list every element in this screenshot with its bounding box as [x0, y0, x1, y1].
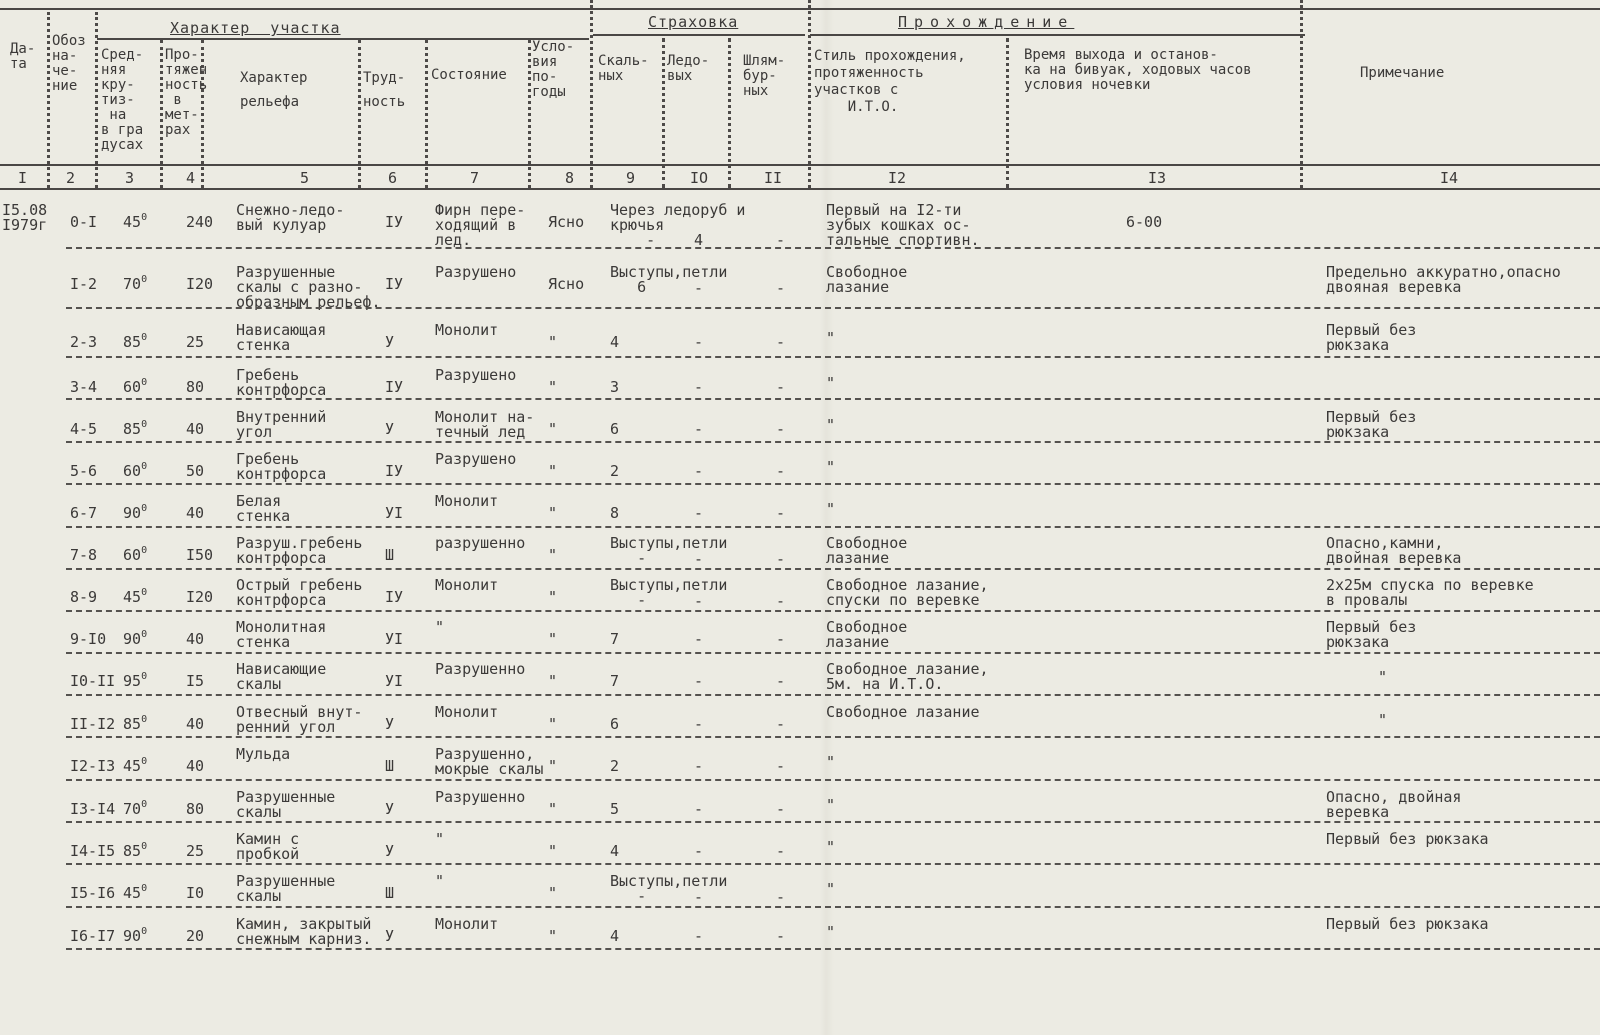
col-header-style: Стиль прохождения, протяженность участко…	[814, 48, 966, 116]
cell-rock: 4	[610, 844, 619, 859]
column-number-bottom-rule	[0, 188, 1600, 190]
cell-steep: 900	[123, 632, 147, 649]
cell-len: 50	[186, 464, 204, 479]
cell-diff: У	[385, 929, 394, 944]
cell-weather: "	[548, 590, 557, 605]
col-number: I3	[1148, 170, 1166, 186]
degree-symbol: 0	[141, 212, 147, 223]
cell-style: "	[826, 376, 835, 391]
cell-weather: "	[548, 674, 557, 689]
col-header-date: Да- та	[10, 42, 35, 72]
col-number: IO	[690, 170, 708, 186]
degree-symbol: 0	[141, 461, 147, 472]
cell-rock: Выступы,петли 6	[610, 265, 727, 295]
cell-ice: -	[694, 802, 703, 817]
row-divider	[66, 483, 1600, 485]
cell-seg: 9-I0	[70, 632, 106, 647]
cell-seg: I2-I3	[70, 759, 115, 774]
row-divider	[66, 948, 1600, 950]
cell-steep: 850	[123, 422, 147, 439]
cell-cond: Фирн пере- ходящий в лед.	[435, 203, 525, 248]
row-divider	[66, 441, 1600, 443]
cell-notes: Предельно аккуратно,опасно двояная верев…	[1326, 265, 1561, 295]
cell-seg: 4-5	[70, 422, 97, 437]
cell-notes: Первый без рюкзака	[1326, 832, 1489, 847]
cell-steep: 450	[123, 759, 147, 776]
cell-relief: Разрушенные скалы	[236, 790, 335, 820]
cell-bolt: -	[776, 233, 785, 248]
cell-cond: Разрушено	[435, 265, 516, 280]
cell-relief: Снежно-ледо- вый кулуар	[236, 203, 344, 233]
col-sep	[528, 40, 531, 188]
group-title-passage: Прохождение	[898, 14, 1074, 30]
cell-bolt: -	[776, 674, 785, 689]
cell-bolt: -	[776, 890, 785, 905]
cell-steep: 450	[123, 590, 147, 607]
cell-rock: 8	[610, 506, 619, 521]
cell-cond: Монолит	[435, 705, 498, 720]
cell-seg: I6-I7	[70, 929, 115, 944]
cell-diff: У	[385, 844, 394, 859]
col-sep	[590, 0, 593, 188]
cell-cond: Монолит	[435, 323, 498, 338]
cell-bolt: -	[776, 281, 785, 296]
col-number: 9	[626, 170, 635, 186]
cell-len: I50	[186, 548, 213, 563]
row-divider	[66, 779, 1600, 781]
row-divider	[66, 821, 1600, 823]
cell-diff: УI	[385, 506, 403, 521]
cell-rock: 7	[610, 632, 619, 647]
cell-rock: 3	[610, 380, 619, 395]
group-title-belay: Страховка	[648, 14, 738, 30]
cell-weather: "	[548, 464, 557, 479]
cell-diff: IУ	[385, 277, 403, 292]
cell-style: Свободное лазание	[826, 620, 907, 650]
cell-weather: "	[548, 802, 557, 817]
cell-weather: "	[548, 380, 557, 395]
col-header-difficulty: Труд- ность	[363, 66, 405, 114]
cell-weather: "	[548, 717, 557, 732]
cell-seg: 8-9	[70, 590, 97, 605]
cell-ice: -	[694, 552, 703, 567]
degree-symbol: 0	[141, 714, 147, 725]
col-sep	[1006, 38, 1009, 188]
degree-symbol: 0	[141, 883, 147, 894]
col-sep	[160, 40, 163, 188]
col-sep	[728, 38, 731, 188]
cell-diff: IУ	[385, 590, 403, 605]
cell-rock: 6	[610, 717, 619, 732]
degree-symbol: 0	[141, 926, 147, 937]
cell-weather: "	[548, 759, 557, 774]
cell-style: Свободное лазание, спуски по веревке	[826, 578, 989, 608]
degree-symbol: 0	[141, 841, 147, 852]
cell-relief: Камин с пробкой	[236, 832, 299, 862]
cell-ice: -	[694, 594, 703, 609]
cell-ice: -	[694, 281, 703, 296]
row-divider	[66, 526, 1600, 528]
cell-diff: УI	[385, 674, 403, 689]
cell-steep: 700	[123, 802, 147, 819]
cell-weather: "	[548, 929, 557, 944]
cell-seg: I-2	[70, 277, 97, 292]
cell-relief: Белая стенка	[236, 494, 290, 524]
degree-symbol: 0	[141, 799, 147, 810]
cell-diff: Ш	[385, 548, 394, 563]
col-number: I	[18, 170, 27, 186]
cell-ice: -	[694, 717, 703, 732]
cell-steep: 900	[123, 929, 147, 946]
cell-seg: II-I2	[70, 717, 115, 732]
cell-diff: Ш	[385, 759, 394, 774]
cell-style: "	[826, 798, 835, 813]
cell-bolt: -	[776, 717, 785, 732]
cell-cond: Разрушенно, мокрые скалы	[435, 747, 543, 777]
cell-diff: У	[385, 802, 394, 817]
cell-relief: Острый гребень контрфорса	[236, 578, 362, 608]
cell-bolt: -	[776, 929, 785, 944]
cell-notes: Первый без рюкзака	[1326, 917, 1489, 932]
row-divider	[66, 356, 1600, 358]
col-sep	[1300, 0, 1303, 188]
cell-diff: IУ	[385, 380, 403, 395]
cell-style: Свободное лазание	[826, 265, 907, 295]
cell-steep: 850	[123, 335, 147, 352]
cell-style: "	[826, 460, 835, 475]
cell-len: I20	[186, 590, 213, 605]
cell-diff: У	[385, 717, 394, 732]
cell-cond: Монолит	[435, 578, 498, 593]
col-number: 2	[66, 170, 75, 186]
cell-rock: 5	[610, 802, 619, 817]
cell-relief: Гребень контрфорса	[236, 452, 326, 482]
cell-ice: -	[694, 464, 703, 479]
cell-notes: Опасно,камни, двойная веревка	[1326, 536, 1461, 566]
degree-symbol: 0	[141, 545, 147, 556]
cell-cond: "	[435, 620, 444, 635]
cell-ice: -	[694, 335, 703, 350]
row-divider	[66, 906, 1600, 908]
cell-weather: Ясно	[548, 277, 584, 292]
cell-cond: Монолит на- течный лед	[435, 410, 534, 440]
cell-weather: "	[548, 422, 557, 437]
cell-cond: разрушенно	[435, 536, 525, 551]
cell-rock: 4	[610, 929, 619, 944]
col-header-ice: Ледо- вых	[667, 54, 709, 84]
cell-weather: "	[548, 632, 557, 647]
cell-relief: Разруш.гребень контрфорса	[236, 536, 362, 566]
col-number: I2	[888, 170, 906, 186]
cell-rock: Выступы,петли -	[610, 874, 727, 904]
cell-len: 80	[186, 802, 204, 817]
cell-diff: IУ	[385, 464, 403, 479]
row-divider	[66, 568, 1600, 570]
group-title-rule-passage	[810, 34, 1305, 36]
cell-seg: 2-3	[70, 335, 97, 350]
group-title-character: Характер участка	[170, 20, 341, 36]
col-header-steepness: Сред- няя кру- тиз- на в гра дусах	[101, 48, 143, 153]
degree-symbol: 0	[141, 503, 147, 514]
row-divider	[66, 694, 1600, 696]
col-header-condition: Состояние	[431, 68, 507, 83]
cell-steep: 600	[123, 380, 147, 397]
cell-rock: Выступы,петли -	[610, 578, 727, 608]
col-header-notes: Примечание	[1360, 66, 1444, 81]
col-sep	[662, 38, 665, 188]
col-header-bolt: Шлям- бур- ных	[743, 54, 785, 99]
cell-relief: Отвесный внут- ренний угол	[236, 705, 362, 735]
col-sep	[808, 0, 811, 188]
cell-steep: 700	[123, 277, 147, 294]
col-sep	[95, 12, 98, 188]
cell-cond: Разрушено	[435, 452, 516, 467]
cell-ice: -	[694, 890, 703, 905]
cell-seg: 7-8	[70, 548, 97, 563]
cell-relief: Внутренний угол	[236, 410, 326, 440]
cell-ice: -	[694, 929, 703, 944]
cell-bolt: -	[776, 380, 785, 395]
cell-weather: Ясно	[548, 215, 584, 230]
cell-ice: -	[694, 422, 703, 437]
route-description-table: Характер участка Страховка Прохождение Д…	[0, 0, 1600, 1035]
cell-len: I20	[186, 277, 213, 292]
cell-seg: 6-7	[70, 506, 97, 521]
cell-len: I0	[186, 886, 204, 901]
cell-diff: У	[385, 335, 394, 350]
cell-rock: 7	[610, 674, 619, 689]
cell-bolt: -	[776, 844, 785, 859]
cell-relief: Камин, закрытый снежным карниз.	[236, 917, 371, 947]
cell-style: Свободное лазание, 5м. на И.Т.О.	[826, 662, 989, 692]
header-bottom-rule	[0, 164, 1600, 166]
cell-bolt: -	[776, 464, 785, 479]
cell-cond: Монолит	[435, 494, 498, 509]
cell-relief: Монолитная стенка	[236, 620, 326, 650]
cell-seg: I3-I4	[70, 802, 115, 817]
cell-ice: -	[694, 674, 703, 689]
cell-steep: 600	[123, 548, 147, 565]
cell-seg: I5-I6	[70, 886, 115, 901]
cell-bolt: -	[776, 506, 785, 521]
cell-weather: "	[548, 844, 557, 859]
degree-symbol: 0	[141, 419, 147, 430]
cell-bolt: -	[776, 422, 785, 437]
cell-relief: Разрушенные скалы	[236, 874, 335, 904]
cell-style: Свободное лазание	[826, 705, 980, 720]
row-divider	[66, 247, 1600, 249]
col-sep	[47, 12, 50, 188]
cell-relief: Нависающая стенка	[236, 323, 326, 353]
cell-rock: Через ледоруб и крючья -	[610, 203, 745, 248]
cell-weather: "	[548, 886, 557, 901]
cell-style: "	[826, 925, 835, 940]
col-number: II	[764, 170, 782, 186]
cell-rock: 6	[610, 422, 619, 437]
cell-bolt: -	[776, 552, 785, 567]
col-header-length: Про- тяжен ность в мет- рах	[165, 48, 207, 138]
cell-len: 20	[186, 929, 204, 944]
col-sep	[358, 40, 361, 188]
cell-notes: Опасно, двойная веревка	[1326, 790, 1461, 820]
cell-steep: 950	[123, 674, 147, 691]
degree-symbol: 0	[141, 587, 147, 598]
cell-style: "	[826, 502, 835, 517]
cell-date: I5.08 I979г	[2, 203, 47, 233]
col-header-weather: Усло- вия по- годы	[532, 40, 574, 100]
col-number: 4	[186, 170, 195, 186]
cell-seg: 0-I	[70, 215, 97, 230]
cell-cond: Разрушено	[435, 368, 516, 383]
cell-bolt: -	[776, 335, 785, 350]
cell-bolt: -	[776, 632, 785, 647]
col-header-relief: Характер рельефа	[240, 66, 307, 114]
row-divider	[66, 610, 1600, 612]
cell-seg: 3-4	[70, 380, 97, 395]
cell-ice: -	[694, 759, 703, 774]
cell-relief: Нависающие скалы	[236, 662, 326, 692]
cell-style: "	[826, 840, 835, 855]
cell-len: 40	[186, 632, 204, 647]
degree-symbol: 0	[141, 629, 147, 640]
cell-diff: Ш	[385, 886, 394, 901]
cell-notes: 2х25м спуска по веревке в провалы	[1326, 578, 1534, 608]
col-header-rock: Скаль- ных	[598, 54, 649, 84]
cell-style: "	[826, 755, 835, 770]
cell-steep: 850	[123, 844, 147, 861]
col-number: I4	[1440, 170, 1458, 186]
cell-seg: I0-II	[70, 674, 115, 689]
group-title-rule-belay	[593, 34, 805, 36]
cell-ice: -	[694, 506, 703, 521]
cell-weather: "	[548, 335, 557, 350]
cell-style: "	[826, 331, 835, 346]
cell-len: 240	[186, 215, 213, 230]
cell-notes: Первый без рюкзака	[1326, 620, 1416, 650]
cell-steep: 450	[123, 886, 147, 903]
cell-diff: У	[385, 422, 394, 437]
cell-rock: Выступы,петли -	[610, 536, 727, 566]
cell-relief: Гребень контрфорса	[236, 368, 326, 398]
cell-relief: Разрушенные скалы с разно- образным рель…	[236, 265, 381, 310]
cell-ice: 4	[694, 233, 703, 248]
cell-cond: "	[435, 832, 444, 847]
top-rule	[0, 8, 1600, 10]
cell-notes: Первый без рюкзака	[1326, 410, 1416, 440]
cell-relief: Мульда	[236, 747, 290, 762]
cell-time: 6-00	[1126, 215, 1162, 230]
cell-cond: "	[435, 874, 444, 889]
cell-len: 40	[186, 506, 204, 521]
cell-rock: 4	[610, 335, 619, 350]
cell-ice: -	[694, 632, 703, 647]
col-number: 5	[300, 170, 309, 186]
cell-notes: "	[1378, 670, 1387, 685]
col-header-time: Время выхода и останов- ка на бивуак, хо…	[1024, 48, 1252, 93]
col-sep	[425, 40, 428, 188]
cell-weather: "	[548, 506, 557, 521]
row-divider	[66, 398, 1600, 400]
degree-symbol: 0	[141, 756, 147, 767]
col-number: 3	[125, 170, 134, 186]
cell-style: Свободное лазание	[826, 536, 907, 566]
cell-bolt: -	[776, 759, 785, 774]
cell-rock: 2	[610, 759, 619, 774]
cell-cond: Монолит	[435, 917, 498, 932]
group-title-rule-character	[97, 38, 589, 40]
row-divider	[66, 652, 1600, 654]
cell-len: 25	[186, 335, 204, 350]
row-divider	[66, 736, 1600, 738]
cell-len: 40	[186, 717, 204, 732]
cell-notes: "	[1378, 713, 1387, 728]
cell-len: 40	[186, 422, 204, 437]
cell-ice: -	[694, 380, 703, 395]
cell-bolt: -	[776, 594, 785, 609]
cell-style: "	[826, 882, 835, 897]
cell-weather: "	[548, 548, 557, 563]
degree-symbol: 0	[141, 377, 147, 388]
cell-len: 40	[186, 759, 204, 774]
cell-seg: 5-6	[70, 464, 97, 479]
degree-symbol: 0	[141, 332, 147, 343]
cell-notes: Первый без рюкзака	[1326, 323, 1416, 353]
col-number: 8	[565, 170, 574, 186]
col-header-designation: Обоз на- че- ние	[52, 34, 86, 94]
cell-steep: 450	[123, 215, 147, 232]
col-number: 7	[470, 170, 479, 186]
cell-seg: I4-I5	[70, 844, 115, 859]
cell-len: 80	[186, 380, 204, 395]
row-divider	[66, 307, 1600, 309]
cell-style: "	[826, 418, 835, 433]
degree-symbol: 0	[141, 671, 147, 682]
row-divider	[66, 863, 1600, 865]
cell-steep: 600	[123, 464, 147, 481]
degree-symbol: 0	[141, 274, 147, 285]
cell-rock: 2	[610, 464, 619, 479]
cell-cond: Разрушенно	[435, 662, 525, 677]
cell-steep: 900	[123, 506, 147, 523]
cell-cond: Разрушенно	[435, 790, 525, 805]
cell-style: Первый на I2-ти зубых кошках ос- тальные…	[826, 203, 980, 248]
cell-ice: -	[694, 844, 703, 859]
cell-len: 25	[186, 844, 204, 859]
cell-steep: 850	[123, 717, 147, 734]
col-number: 6	[388, 170, 397, 186]
cell-len: I5	[186, 674, 204, 689]
cell-diff: УI	[385, 632, 403, 647]
cell-bolt: -	[776, 802, 785, 817]
cell-diff: IУ	[385, 215, 403, 230]
